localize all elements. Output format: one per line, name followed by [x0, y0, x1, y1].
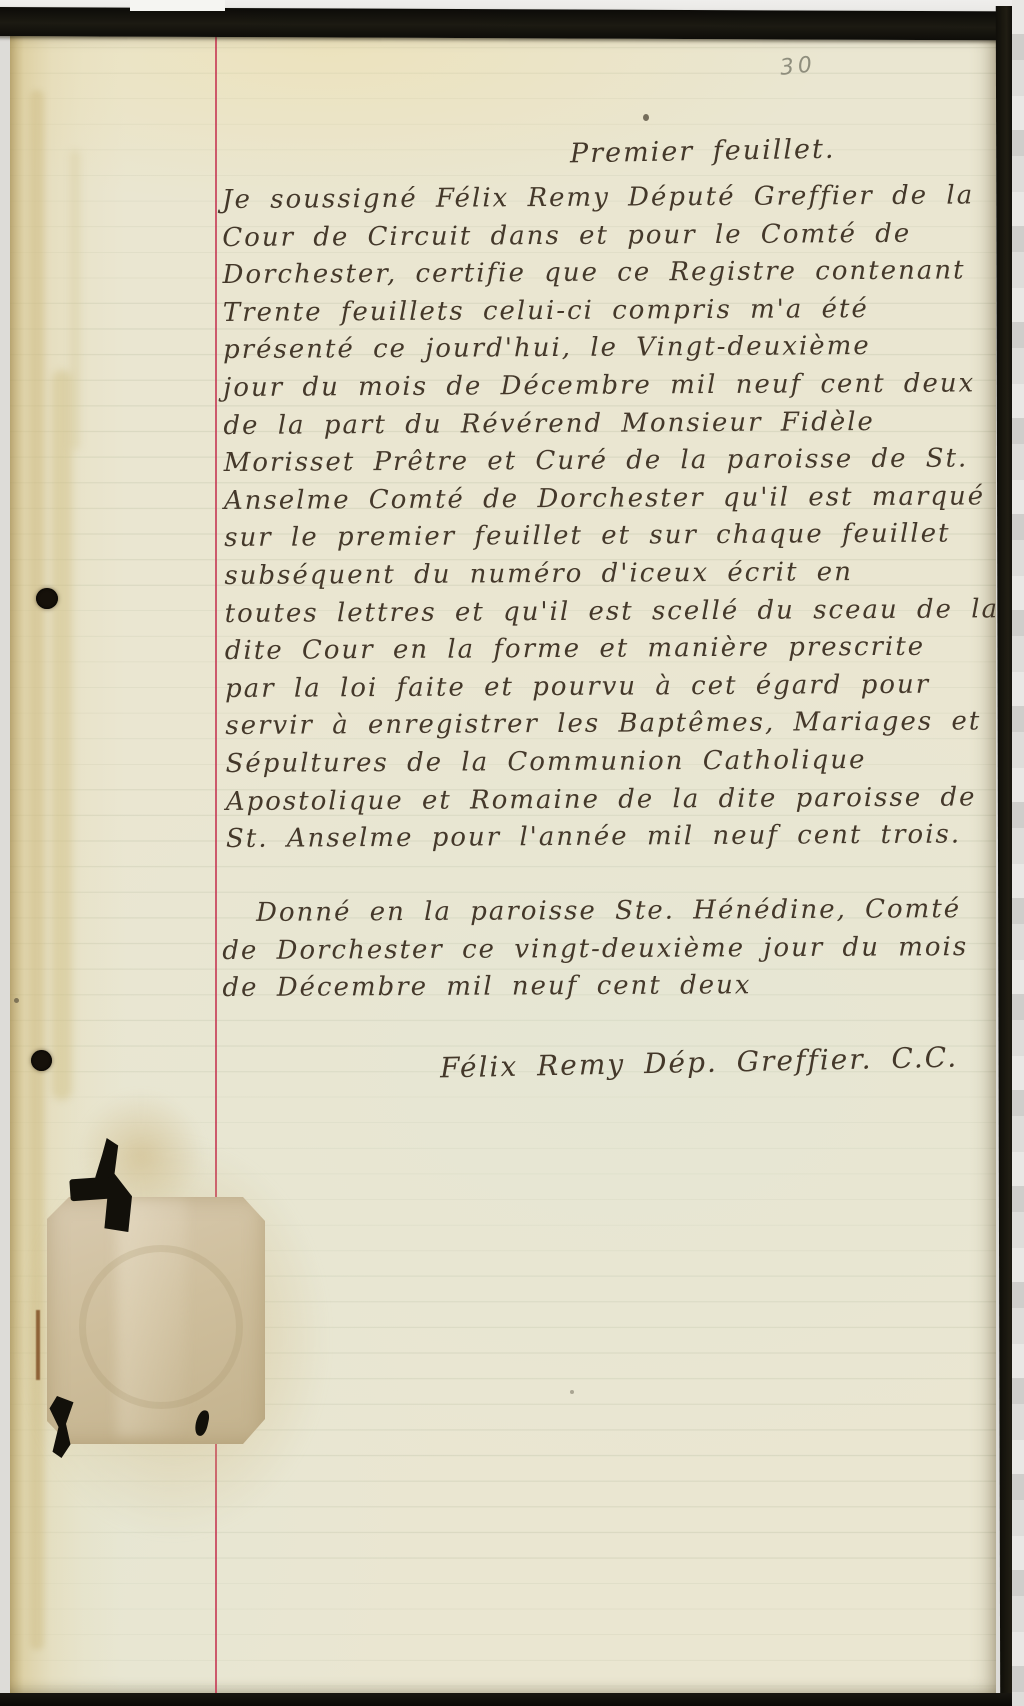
rust-mark	[36, 1310, 40, 1380]
handwritten-line: jour du mois de Décembre mil neuf cent d…	[223, 365, 998, 407]
handwritten-line: Je soussigné Félix Remy Député Greffier …	[222, 177, 997, 219]
handwritten-line: de la part du Révérend Monsieur Fidèle	[223, 403, 998, 445]
scanned-register-page: 30 Premier feuillet. Je soussigné Félix …	[0, 0, 1024, 1706]
attestation-paragraph: Je soussigné Félix Remy Député Greffier …	[222, 177, 1001, 858]
paper-sheet: 30 Premier feuillet. Je soussigné Félix …	[10, 30, 996, 1693]
water-stain-streak	[70, 150, 80, 450]
handwritten-line: Donné en la paroisse Ste. Hénédine, Comt…	[222, 891, 968, 932]
page-edge-tab	[130, 0, 225, 11]
handwritten-line: sur le premier feuillet et sur chaque fe…	[224, 516, 999, 558]
handwritten-line: toutes lettres et qu'il est scellé du sc…	[225, 591, 1000, 633]
ink-speck	[643, 114, 649, 121]
handwritten-line: servir à enregistrer les Baptêmes, Maria…	[225, 704, 1000, 746]
paper-repair-patch	[47, 1197, 265, 1444]
page-number: 30	[779, 52, 817, 81]
scanner-background-right	[1012, 0, 1024, 1706]
punch-hole	[31, 1050, 52, 1071]
handwritten-line: Dorchester, certifie que ce Registre con…	[222, 252, 997, 294]
book-binding-edge-top	[0, 7, 1014, 40]
handwritten-line: Apostolique et Romaine de la dite parois…	[226, 779, 1001, 821]
handwritten-line: dite Cour en la forme et manière prescri…	[225, 628, 1000, 670]
handwritten-line: Sépultures de la Communion Catholique	[225, 741, 1000, 783]
ink-blot	[69, 1177, 110, 1202]
ink-speck	[570, 1390, 574, 1394]
page-title: Premier feuillet.	[570, 134, 836, 170]
handwritten-line: subséquent du numéro d'iceux écrit en	[224, 553, 999, 595]
book-binding-edge-bottom	[0, 1693, 1016, 1706]
handwritten-line: de Décembre mil neuf cent deux	[222, 966, 968, 1007]
handwritten-line: Cour de Circuit dans et pour le Comté de	[222, 215, 997, 257]
handwritten-line: Morisset Prêtre et Curé de la paroisse d…	[224, 440, 999, 482]
clerk-signature: Félix Remy Dép. Greffier. C.C.	[440, 1041, 959, 1085]
punch-hole	[36, 588, 58, 609]
handwritten-line: de Dorchester ce vingt-deuxième jour du …	[222, 929, 968, 970]
handwritten-line: Anselme Comté de Dorchester qu'il est ma…	[224, 478, 999, 520]
handwritten-line: présenté ce jourd'hui, le Vingt-deuxième	[223, 328, 998, 370]
handwritten-line: Trente feuillets celui-ci compris m'a ét…	[223, 290, 998, 332]
handwritten-line: par la loi faite et pourvu à cet égard p…	[225, 666, 1000, 708]
handwritten-line: St. Anselme pour l'année mil neuf cent t…	[226, 816, 1001, 858]
ink-speck	[14, 998, 19, 1003]
closing-paragraph: Donné en la paroisse Ste. Hénédine, Comt…	[222, 891, 968, 1008]
water-stain-streak	[52, 370, 72, 1100]
